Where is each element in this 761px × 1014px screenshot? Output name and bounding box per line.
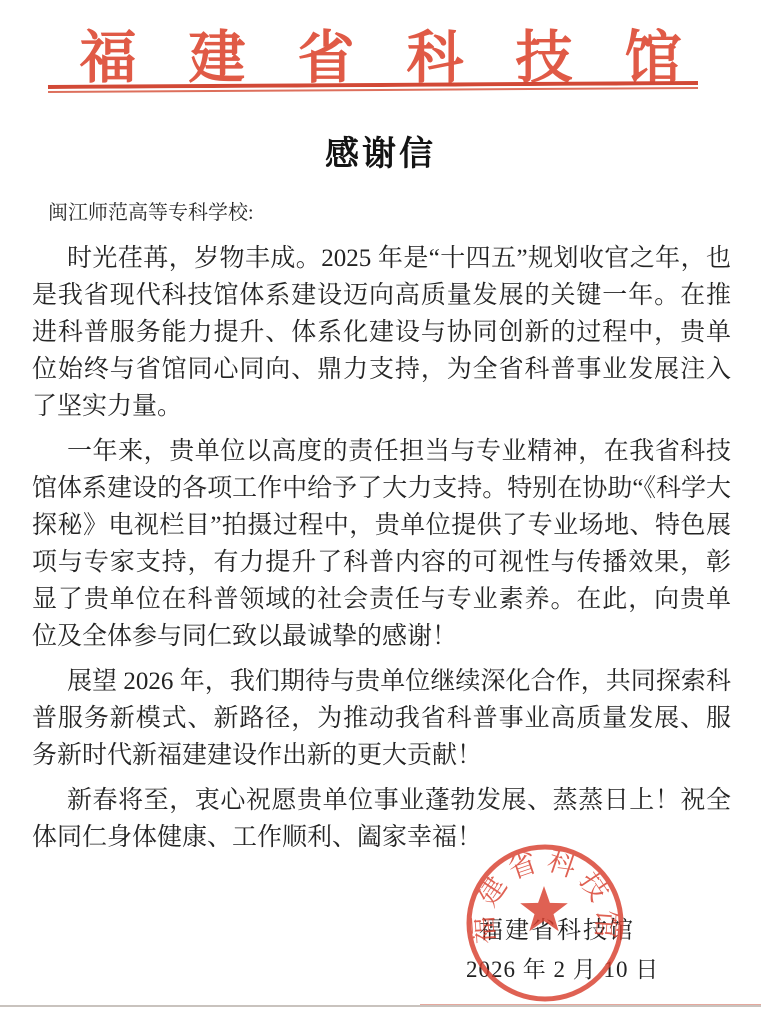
paragraph: 新春将至，衷心祝愿贵单位事业蓬勃发展、蒸蒸日上！祝全体同仁身体健康、工作顺利、阖… — [32, 782, 731, 856]
paragraph: 时光荏苒，岁物丰成。2025 年是“十四五”规划收官之年，也是我省现代科技馆体系… — [32, 240, 731, 425]
page-bottom-edge-tint — [420, 1004, 761, 1005]
page-bottom-edge — [0, 1005, 761, 1007]
letter-page: 福建省科技馆 感谢信 闽江师范高等专科学校: 时光荏苒，岁物丰成。2025 年是… — [0, 0, 761, 1014]
salutation: 闽江师范高等专科学校: — [48, 199, 731, 227]
letter-body: 闽江师范高等专科学校: 时光荏苒，岁物丰成。2025 年是“十四五”规划收官之年… — [32, 199, 731, 864]
signature-date: 2026 年 2 月 10 日 — [466, 951, 659, 984]
paragraph: 一年来，贵单位以高度的责任担当与专业精神，在我省科技馆体系建设的各项工作中给予了… — [32, 433, 731, 655]
paragraph: 展望 2026 年，我们期待与贵单位继续深化合作，共同探索科普服务新模式、新路径… — [32, 663, 731, 774]
signature-org-name: 福建省科技馆 — [479, 910, 635, 945]
letter-title: 感谢信 — [0, 126, 761, 175]
